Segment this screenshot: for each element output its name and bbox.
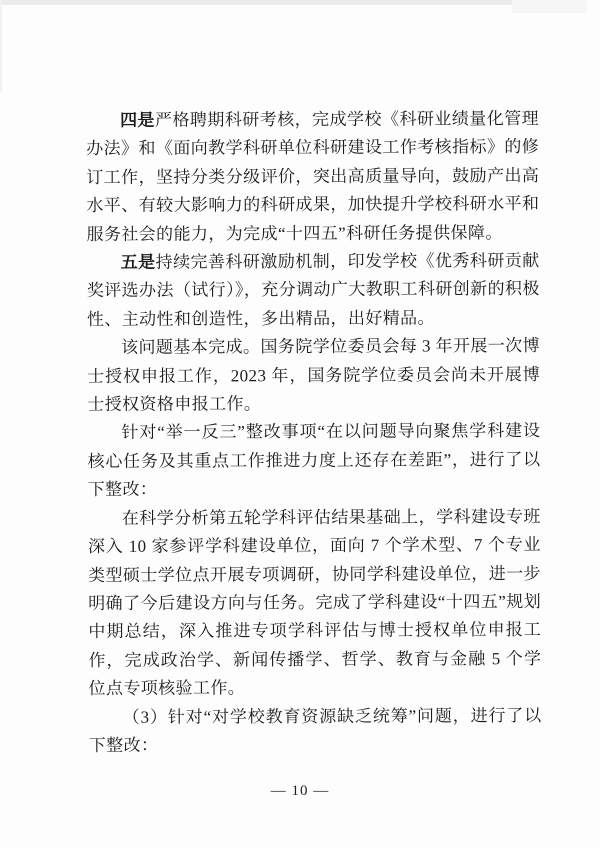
document-page: 四是严格聘期科研考核，完成学校《科研业绩量化管理办法》和《面向教学科研单位科研建… [0,0,600,848]
paragraph-text: 持续完善科研激励机制，印发学校《优秀科研贡献奖评选办法（试行）》，充分调动广大教… [87,251,540,329]
paragraph-measures-item5: 五是持续完善科研激励机制，印发学校《优秀科研贡献奖评选办法（试行）》，充分调动广… [87,247,540,334]
paragraph-rectification-intro: 针对“举一反三”整改事项“在以问题导向聚焦学科建设核心任务及其重点工作推进力度上… [87,417,540,504]
paragraph-lead-bold: 四是 [120,111,155,130]
paragraph-discipline-evaluation: 在科学分析第五轮学科评估结果基础上，学科建设专班深入 10 家参评学科建设单位，… [88,503,542,704]
paragraph-item3-intro: （3）针对“对学校教育资源缺乏统筹”问题，进行了以下整改： [89,702,542,761]
paragraph-text: （3）针对“对学校教育资源缺乏统筹”问题，进行了以下整改： [89,706,542,755]
document-body: 四是严格聘期科研考核，完成学校《科研业绩量化管理办法》和《面向教学科研单位科研建… [86,105,542,760]
page-number: — 10 — [0,783,600,800]
scan-artifact-left-line [0,0,2,92]
paragraph-issue-status: 该问题基本完成。国务院学位委员会每 3 年开展一次博士授权申报工作，2023 年… [87,332,540,419]
paragraph-lead-bold: 五是 [121,253,156,272]
scan-artifact-top-line [0,0,515,5]
paragraph-measures-item4: 四是严格聘期科研考核，完成学校《科研业绩量化管理办法》和《面向教学科研单位科研建… [86,105,540,249]
paragraph-text: 针对“举一反三”整改事项“在以问题导向聚焦学科建设核心任务及其重点工作推进力度上… [88,421,541,499]
paragraph-text: 该问题基本完成。国务院学位委员会每 3 年开展一次博士授权申报工作，2023 年… [87,336,540,414]
scan-artifact-top-patch [512,0,587,13]
paragraph-text: 严格聘期科研考核，完成学校《科研业绩量化管理办法》和《面向教学科研单位科研建设工… [86,109,539,244]
paragraph-text: 在科学分析第五轮学科评估结果基础上，学科建设专班深入 10 家参评学科建设单位，… [88,507,542,698]
